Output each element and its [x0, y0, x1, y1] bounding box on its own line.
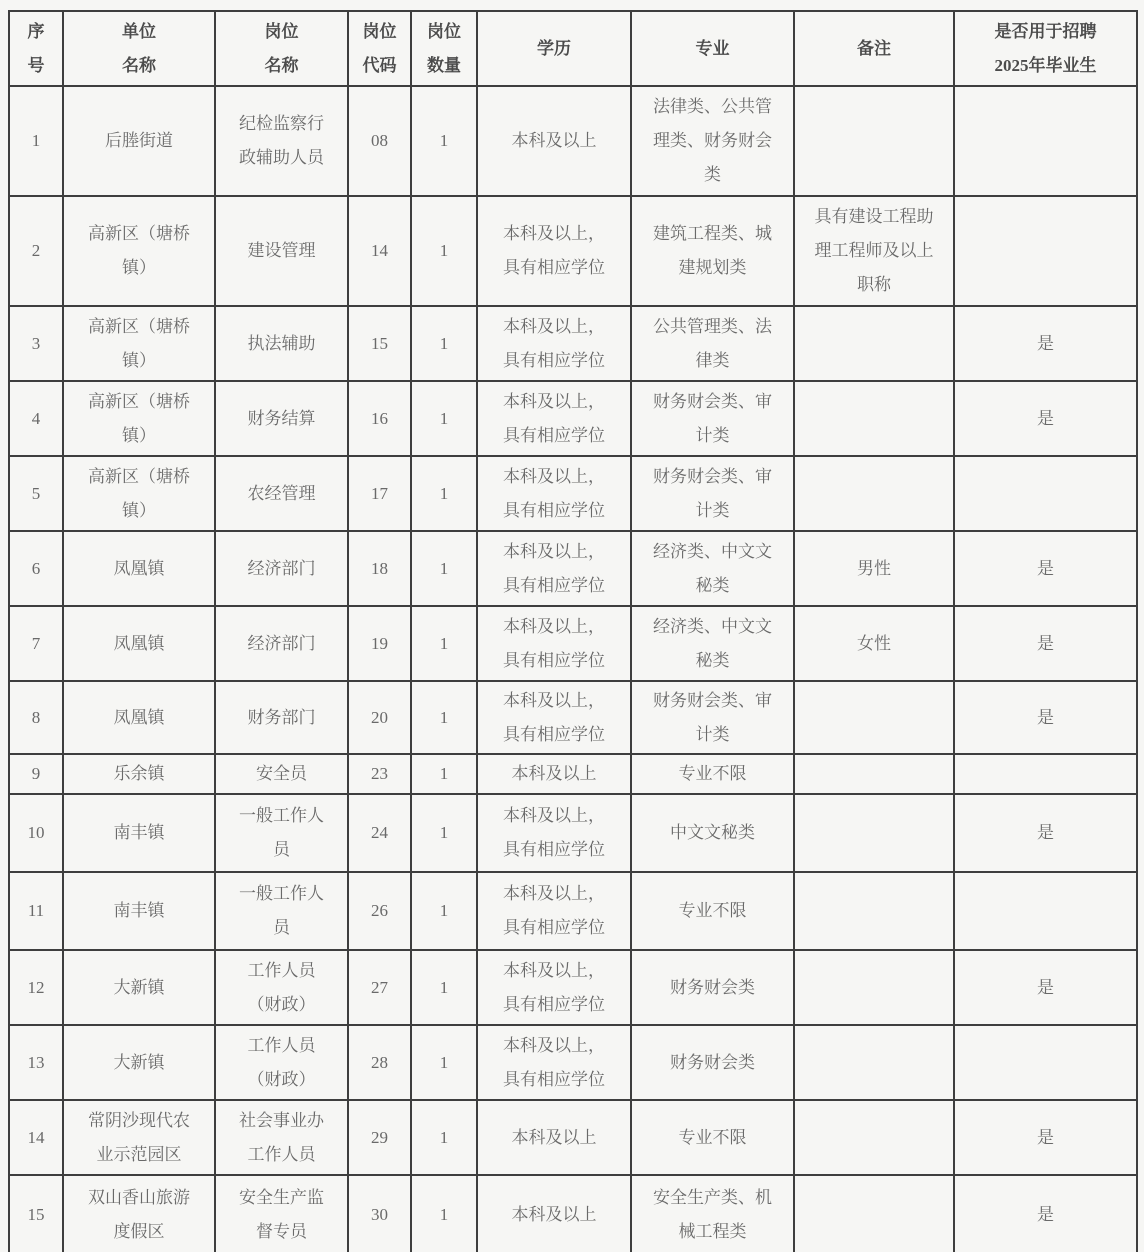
table-cell: [794, 794, 954, 872]
table-cell: 1: [411, 531, 477, 606]
table-cell: 本科及以上， 具有相应学位: [477, 456, 631, 531]
table-cell: 7: [9, 606, 63, 681]
table-body: 1后塍街道纪检监察行 政辅助人员081本科及以上法律类、公共管 理类、财务财会 …: [9, 86, 1137, 1252]
table-cell: 本科及以上， 具有相应学位: [477, 381, 631, 456]
table-cell: 24: [348, 794, 411, 872]
page: 序 号单位 名称岗位 名称岗位 代码岗位 数量学历专业备注是否用于招聘 2025…: [0, 0, 1144, 1252]
table-cell: 常阴沙现代农 业示范园区: [63, 1100, 215, 1175]
table-cell: 专业不限: [631, 1100, 794, 1175]
table-row: 11南丰镇一般工作人 员261本科及以上， 具有相应学位专业不限: [9, 872, 1137, 950]
table-cell: 凤凰镇: [63, 606, 215, 681]
column-header: 是否用于招聘 2025年毕业生: [954, 11, 1137, 86]
table-cell: 高新区（塘桥 镇）: [63, 196, 215, 306]
table-cell: [954, 196, 1137, 306]
table-cell: 一般工作人 员: [215, 872, 348, 950]
table-row: 4高新区（塘桥 镇）财务结算161本科及以上， 具有相应学位财务财会类、审 计类…: [9, 381, 1137, 456]
table-cell: 工作人员 （财政）: [215, 950, 348, 1025]
table-cell: 是: [954, 794, 1137, 872]
table-cell: 本科及以上: [477, 754, 631, 794]
table-cell: 专业不限: [631, 754, 794, 794]
table-cell: 女性: [794, 606, 954, 681]
table-cell: 是: [954, 606, 1137, 681]
table-cell: 是: [954, 1175, 1137, 1252]
table-cell: 15: [9, 1175, 63, 1252]
table-cell: [794, 1175, 954, 1252]
table-cell: 3: [9, 306, 63, 381]
table-cell: 社会事业办 工作人员: [215, 1100, 348, 1175]
table-cell: 2: [9, 196, 63, 306]
column-header: 备注: [794, 11, 954, 86]
table-row: 15双山香山旅游 度假区安全生产监 督专员301本科及以上安全生产类、机 械工程…: [9, 1175, 1137, 1252]
table-cell: 30: [348, 1175, 411, 1252]
table-cell: 1: [411, 196, 477, 306]
table-cell: 本科及以上， 具有相应学位: [477, 794, 631, 872]
table-cell: 乐余镇: [63, 754, 215, 794]
table-cell: [954, 456, 1137, 531]
table-cell: 具有建设工程助 理工程师及以上 职称: [794, 196, 954, 306]
table-cell: 9: [9, 754, 63, 794]
table-cell: 公共管理类、法 律类: [631, 306, 794, 381]
table-row: 9乐余镇安全员231本科及以上专业不限: [9, 754, 1137, 794]
table-row: 7凤凰镇经济部门191本科及以上， 具有相应学位经济类、中文文 秘类女性是: [9, 606, 1137, 681]
table-cell: 安全生产监 督专员: [215, 1175, 348, 1252]
column-header: 岗位 代码: [348, 11, 411, 86]
table-cell: 26: [348, 872, 411, 950]
table-cell: 经济类、中文文 秘类: [631, 531, 794, 606]
table-cell: 5: [9, 456, 63, 531]
table-cell: 本科及以上， 具有相应学位: [477, 681, 631, 754]
table-cell: 1: [411, 1100, 477, 1175]
table-cell: 南丰镇: [63, 872, 215, 950]
table-cell: 工作人员 （财政）: [215, 1025, 348, 1100]
table-cell: [794, 681, 954, 754]
table-cell: 16: [348, 381, 411, 456]
table-cell: 建筑工程类、城 建规划类: [631, 196, 794, 306]
table-cell: 专业不限: [631, 872, 794, 950]
column-header: 专业: [631, 11, 794, 86]
table-row: 8凤凰镇财务部门201本科及以上， 具有相应学位财务财会类、审 计类是: [9, 681, 1137, 754]
table-cell: [794, 306, 954, 381]
table-cell: 经济部门: [215, 531, 348, 606]
table-cell: 11: [9, 872, 63, 950]
table-cell: 是: [954, 950, 1137, 1025]
table-cell: 本科及以上， 具有相应学位: [477, 196, 631, 306]
table-cell: [954, 86, 1137, 196]
column-header: 学历: [477, 11, 631, 86]
table-cell: 中文文秘类: [631, 794, 794, 872]
table-cell: 1: [411, 950, 477, 1025]
table-cell: 19: [348, 606, 411, 681]
table-cell: 本科及以上: [477, 1175, 631, 1252]
table-cell: 大新镇: [63, 1025, 215, 1100]
table-cell: 20: [348, 681, 411, 754]
table-cell: 1: [411, 86, 477, 196]
table-cell: 1: [411, 456, 477, 531]
table-cell: 1: [411, 754, 477, 794]
table-row: 5高新区（塘桥 镇）农经管理171本科及以上， 具有相应学位财务财会类、审 计类: [9, 456, 1137, 531]
column-header: 序 号: [9, 11, 63, 86]
column-header: 单位 名称: [63, 11, 215, 86]
table-row: 10南丰镇一般工作人 员241本科及以上， 具有相应学位中文文秘类是: [9, 794, 1137, 872]
table-cell: 安全员: [215, 754, 348, 794]
table-cell: 南丰镇: [63, 794, 215, 872]
table-row: 6凤凰镇经济部门181本科及以上， 具有相应学位经济类、中文文 秘类男性是: [9, 531, 1137, 606]
table-cell: [794, 872, 954, 950]
recruitment-table: 序 号单位 名称岗位 名称岗位 代码岗位 数量学历专业备注是否用于招聘 2025…: [8, 10, 1138, 1252]
table-cell: 1: [411, 381, 477, 456]
table-row: 13大新镇工作人员 （财政）281本科及以上， 具有相应学位财务财会类: [9, 1025, 1137, 1100]
table-cell: 财务部门: [215, 681, 348, 754]
table-cell: 1: [411, 306, 477, 381]
table-cell: 财务财会类: [631, 950, 794, 1025]
table-cell: 财务财会类、审 计类: [631, 381, 794, 456]
table-cell: [954, 754, 1137, 794]
table-cell: 财务财会类、审 计类: [631, 681, 794, 754]
table-cell: 本科及以上， 具有相应学位: [477, 606, 631, 681]
table-cell: 高新区（塘桥 镇）: [63, 306, 215, 381]
table-cell: 本科及以上: [477, 86, 631, 196]
table-cell: 高新区（塘桥 镇）: [63, 381, 215, 456]
table-cell: 是: [954, 381, 1137, 456]
table-cell: [794, 754, 954, 794]
table-cell: 是: [954, 306, 1137, 381]
table-cell: 1: [411, 872, 477, 950]
table-cell: 12: [9, 950, 63, 1025]
table-cell: [794, 1100, 954, 1175]
table-cell: [794, 456, 954, 531]
table-cell: 08: [348, 86, 411, 196]
table-cell: 1: [411, 681, 477, 754]
table-cell: 27: [348, 950, 411, 1025]
table-row: 2高新区（塘桥 镇）建设管理141本科及以上， 具有相应学位建筑工程类、城 建规…: [9, 196, 1137, 306]
table-cell: 23: [348, 754, 411, 794]
table-cell: 10: [9, 794, 63, 872]
table-cell: [794, 950, 954, 1025]
table-cell: [954, 872, 1137, 950]
table-row: 3高新区（塘桥 镇）执法辅助151本科及以上， 具有相应学位公共管理类、法 律类…: [9, 306, 1137, 381]
table-row: 1后塍街道纪检监察行 政辅助人员081本科及以上法律类、公共管 理类、财务财会 …: [9, 86, 1137, 196]
table-cell: 大新镇: [63, 950, 215, 1025]
table-cell: 后塍街道: [63, 86, 215, 196]
table-cell: [954, 1025, 1137, 1100]
table-cell: 是: [954, 531, 1137, 606]
table-cell: 凤凰镇: [63, 531, 215, 606]
table-cell: 1: [411, 1175, 477, 1252]
table-cell: 6: [9, 531, 63, 606]
table-cell: 是: [954, 1100, 1137, 1175]
table-cell: 1: [411, 1025, 477, 1100]
table-cell: [794, 1025, 954, 1100]
table-cell: 财务财会类、审 计类: [631, 456, 794, 531]
table-cell: 本科及以上， 具有相应学位: [477, 306, 631, 381]
table-cell: 13: [9, 1025, 63, 1100]
table-cell: 执法辅助: [215, 306, 348, 381]
table-cell: 8: [9, 681, 63, 754]
table-row: 12大新镇工作人员 （财政）271本科及以上， 具有相应学位财务财会类是: [9, 950, 1137, 1025]
table-cell: 15: [348, 306, 411, 381]
table-cell: 高新区（塘桥 镇）: [63, 456, 215, 531]
header-row: 序 号单位 名称岗位 名称岗位 代码岗位 数量学历专业备注是否用于招聘 2025…: [9, 11, 1137, 86]
table-cell: 凤凰镇: [63, 681, 215, 754]
table-cell: 1: [9, 86, 63, 196]
column-header: 岗位 数量: [411, 11, 477, 86]
table-cell: 是: [954, 681, 1137, 754]
table-cell: 1: [411, 606, 477, 681]
table-cell: 男性: [794, 531, 954, 606]
table-cell: 14: [9, 1100, 63, 1175]
table-cell: 财务财会类: [631, 1025, 794, 1100]
table-cell: 农经管理: [215, 456, 348, 531]
table-cell: [794, 86, 954, 196]
table-cell: 安全生产类、机 械工程类: [631, 1175, 794, 1252]
table-cell: 29: [348, 1100, 411, 1175]
table-cell: 法律类、公共管 理类、财务财会 类: [631, 86, 794, 196]
table-cell: 本科及以上， 具有相应学位: [477, 1025, 631, 1100]
table-cell: 双山香山旅游 度假区: [63, 1175, 215, 1252]
table-cell: 经济部门: [215, 606, 348, 681]
table-cell: 本科及以上， 具有相应学位: [477, 950, 631, 1025]
column-header: 岗位 名称: [215, 11, 348, 86]
table-cell: 本科及以上， 具有相应学位: [477, 531, 631, 606]
table-cell: 本科及以上: [477, 1100, 631, 1175]
table-cell: 18: [348, 531, 411, 606]
table-cell: 17: [348, 456, 411, 531]
table-cell: 1: [411, 794, 477, 872]
table-cell: 本科及以上， 具有相应学位: [477, 872, 631, 950]
table-row: 14常阴沙现代农 业示范园区社会事业办 工作人员291本科及以上专业不限是: [9, 1100, 1137, 1175]
table-cell: 纪检监察行 政辅助人员: [215, 86, 348, 196]
table-cell: 经济类、中文文 秘类: [631, 606, 794, 681]
table-cell: [794, 381, 954, 456]
table-cell: 一般工作人 员: [215, 794, 348, 872]
table-cell: 建设管理: [215, 196, 348, 306]
table-cell: 28: [348, 1025, 411, 1100]
table-cell: 财务结算: [215, 381, 348, 456]
table-cell: 4: [9, 381, 63, 456]
table-cell: 14: [348, 196, 411, 306]
